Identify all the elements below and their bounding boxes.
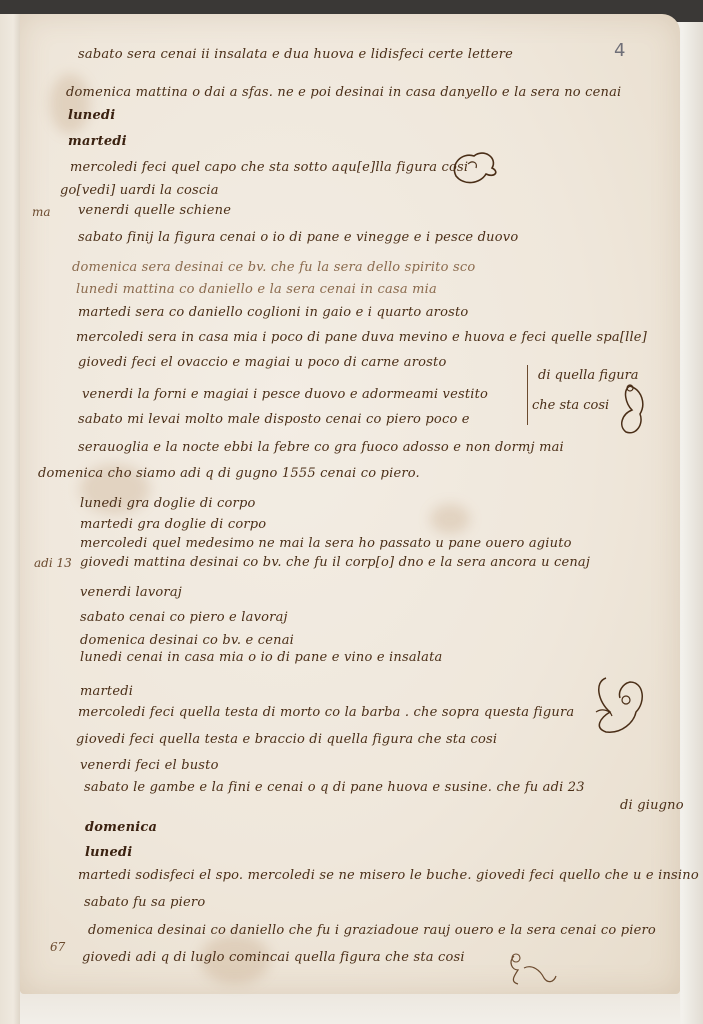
manuscript-line: domenica cho siamo adi q di gugno 1555 c… xyxy=(38,466,420,481)
margin-note: 67 xyxy=(50,940,65,954)
stain xyxy=(430,504,470,534)
page-bottom-edge xyxy=(20,990,680,1024)
manuscript-line: giovedi feci quella testa e braccio di q… xyxy=(76,732,497,747)
left-page-edge xyxy=(0,14,22,1024)
skull-sketch-icon xyxy=(576,672,652,738)
manuscript-line: serauoglia e la nocte ebbi la febre co g… xyxy=(78,440,564,455)
manuscript-line: lunedi gra doglie di corpo xyxy=(80,496,256,511)
manuscript-line: go[vedi] uardi la coscia xyxy=(60,183,219,198)
manuscript-line: mercoledi sera in casa mia i poco di pan… xyxy=(76,330,647,345)
figure-sketch-small-icon xyxy=(500,948,560,988)
manuscript-line: martedi gra doglie di corpo xyxy=(80,517,266,532)
manuscript-line: mercoledi feci quella testa di morto co … xyxy=(78,705,574,720)
manuscript-line: venerdi lavoraj xyxy=(80,585,182,600)
manuscript-line: mercoledi quel medesimo ne mai la sera h… xyxy=(80,536,572,551)
annotation-bracket xyxy=(527,365,528,425)
manuscript-line: martedi xyxy=(80,684,133,699)
head-sketch-icon xyxy=(448,146,504,192)
folio-number: 4 xyxy=(614,40,625,61)
manuscript-line: venerdi feci el busto xyxy=(80,758,219,773)
manuscript-line: domenica mattina o dai a sfas. ne e poi … xyxy=(66,85,621,100)
manuscript-line: domenica xyxy=(85,820,157,835)
manuscript-line: martedi sodisfeci el spo. mercoledi se n… xyxy=(78,868,703,883)
side-annotation-line2: che sta cosi xyxy=(532,398,609,413)
manuscript-line: domenica sera desinai ce bv. che fu la s… xyxy=(72,260,475,275)
manuscript-line: sabato le gambe e la fini e cenai o q di… xyxy=(84,780,585,795)
margin-note: ma xyxy=(32,205,51,219)
manuscript-line: di giugno xyxy=(620,798,684,813)
manuscript-line: sabato mi levai molto male disposto cena… xyxy=(78,412,470,427)
manuscript-line: domenica desinai co daniello che fu i gr… xyxy=(88,923,656,938)
manuscript-line: giovedi feci el ovaccio e magiai u poco … xyxy=(78,355,447,370)
manuscript-line: sabato fu sa piero xyxy=(84,895,205,910)
manuscript-line: domenica desinai co bv. e cenai xyxy=(80,633,294,648)
manuscript-line: lunedi xyxy=(68,108,115,123)
margin-note: adi 13 xyxy=(34,556,72,570)
manuscript-line: lunedi xyxy=(85,845,132,860)
figure-sketch-icon xyxy=(608,380,652,436)
stain xyxy=(50,74,90,134)
manuscript-line: sabato finij la figura cenai o io di pan… xyxy=(78,230,518,245)
manuscript-line: lunedi cenai in casa mia o io di pane e … xyxy=(80,650,443,665)
manuscript-line: giovedi mattina desinai co bv. che fu il… xyxy=(80,555,590,570)
manuscript-line: venerdi quelle schiene xyxy=(78,203,231,218)
manuscript-line: martedi xyxy=(68,134,127,149)
manuscript-line: venerdi la forni e magiai i pesce duovo … xyxy=(82,387,488,402)
manuscript-line: sabato sera cenai ii insalata e dua huov… xyxy=(78,47,513,62)
manuscript-line: sabato cenai co piero e lavoraj xyxy=(80,610,288,625)
manuscript-line: lunedi mattina co daniello e la sera cen… xyxy=(76,282,437,297)
manuscript-line: giovedi adi q di luglo comincai quella f… xyxy=(82,950,465,965)
manuscript-line: martedi sera co daniello coglioni in gai… xyxy=(78,305,468,320)
manuscript-line: mercoledi feci quel capo che sta sotto a… xyxy=(70,160,468,175)
